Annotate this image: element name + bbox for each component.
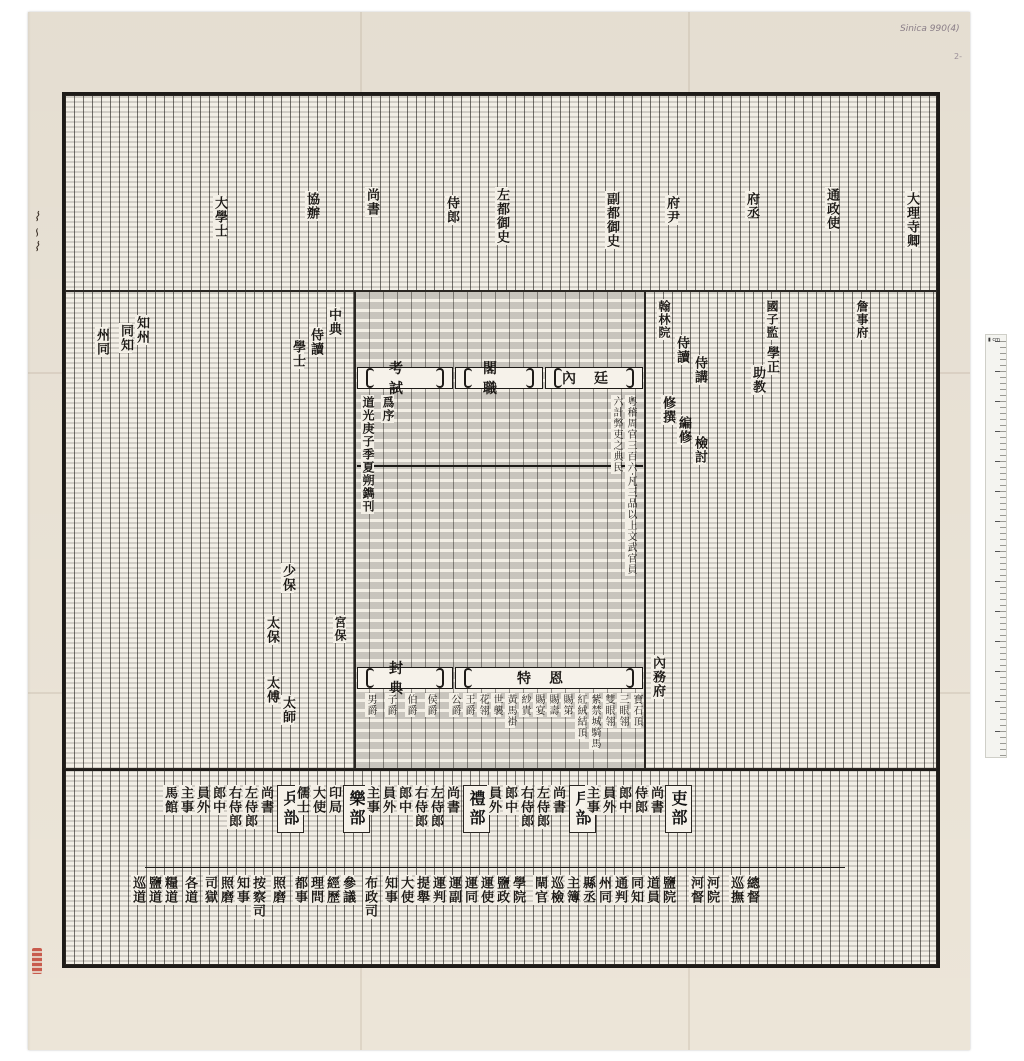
- provincial-post: 鹽政: [495, 875, 508, 905]
- honor-item: 紫禁城騎馬: [589, 693, 599, 750]
- heading: 內務府: [651, 655, 664, 699]
- heading: 大理寺卿: [905, 191, 918, 249]
- divider: [145, 867, 845, 868]
- heading: 州同: [95, 327, 108, 357]
- left-section: [65, 291, 355, 769]
- divider: [357, 465, 643, 467]
- honor-item: 紗貴: [519, 693, 529, 717]
- provincial-post: 主簿: [565, 875, 578, 905]
- provincial-post: 同知: [629, 875, 642, 905]
- provincial-post: 知事: [383, 875, 396, 905]
- honor-item: 花翎: [477, 693, 487, 717]
- heading: 國子監: [765, 299, 778, 340]
- scale-ruler: ▮ cm: [985, 334, 1007, 758]
- provincial-post: 州同: [597, 875, 610, 905]
- post: 左侍郎: [429, 785, 442, 829]
- post: 左侍郎: [243, 785, 256, 829]
- provincial-post: 照磨: [219, 875, 232, 905]
- post: 郎中: [503, 785, 516, 815]
- post: 尚書: [551, 785, 564, 815]
- provincial-post: 各道: [183, 875, 196, 905]
- post: 主事: [179, 785, 192, 815]
- post: 尚書: [649, 785, 662, 815]
- heading: 左都御史: [495, 187, 508, 245]
- heading: 編修: [677, 415, 690, 445]
- heading: 太師: [281, 695, 294, 725]
- honor-item: 三眼翎: [617, 693, 627, 728]
- provincial-post: 巡道: [131, 875, 144, 905]
- banner-text: 閣職: [472, 358, 526, 398]
- heading: 同知: [119, 323, 132, 353]
- heading: 中典: [327, 307, 340, 337]
- heading: 侍講: [693, 355, 706, 385]
- post: 郎中: [211, 785, 224, 815]
- honor-item: 雙眼翎: [603, 693, 613, 728]
- body-line: 凡三品以上文武官員: [625, 475, 635, 576]
- center-banner-exam: 考試: [357, 367, 453, 389]
- provincial-post: 總督: [745, 875, 758, 905]
- heading: 侍讀: [675, 335, 688, 365]
- provincial-post: 通判: [613, 875, 626, 905]
- honor-item: 王爵: [463, 693, 473, 717]
- heading: 知州: [135, 315, 148, 345]
- honor-item: 伯爵: [405, 693, 415, 717]
- provincial-post: 運判: [431, 875, 444, 905]
- post: 右侍郎: [519, 785, 532, 829]
- heading: 助教: [751, 365, 764, 395]
- red-seal-icon: [32, 948, 42, 974]
- post: 主事: [585, 785, 598, 815]
- post: 員外: [487, 785, 500, 815]
- post: 右侍郎: [227, 785, 240, 829]
- honor-item: 世襲: [491, 693, 501, 717]
- post: 郎中: [397, 785, 410, 815]
- heading: 太傅: [265, 675, 278, 705]
- heading: 大學士: [213, 195, 226, 239]
- heading: 學正: [765, 345, 778, 375]
- banner-text: 封典: [374, 658, 436, 698]
- heading: 侍郎: [445, 195, 458, 225]
- post: 尚書: [445, 785, 458, 815]
- post: 員外: [381, 785, 394, 815]
- provincial-post: 巡撫: [729, 875, 742, 905]
- honor-item: 紅絨結頂: [575, 693, 585, 739]
- center-banner-cabinet: 閣職: [455, 367, 543, 389]
- honor-item: 子爵: [385, 693, 395, 717]
- heading: 副都御史: [605, 191, 618, 249]
- honor-item: 男爵: [365, 693, 375, 717]
- heading: 修撰: [661, 395, 674, 425]
- heading: 府丞: [745, 191, 758, 221]
- banner-text: 內廷: [562, 368, 626, 388]
- preface-signature: 道光庚子季夏朔鐫刊: [361, 395, 374, 514]
- post: 儒士: [295, 785, 308, 815]
- heading: 太保: [265, 615, 278, 645]
- provincial-post: 運副: [447, 875, 460, 905]
- provincial-post: 大使: [399, 875, 412, 905]
- provincial-post: 提舉: [415, 875, 428, 905]
- provincial-post: 知事: [235, 875, 248, 905]
- honor-item: 黃馬褂: [505, 693, 515, 728]
- provincial-post: 巡檢: [549, 875, 562, 905]
- center-banner-special-grace: 特恩: [455, 667, 643, 689]
- heading: 通政使: [825, 187, 838, 231]
- post: 侍郎: [633, 785, 646, 815]
- honor-item: 賜宴: [533, 693, 543, 717]
- heading: 協辦: [305, 191, 318, 221]
- post: 馬館: [163, 785, 176, 815]
- printed-frame: 大學士 協辦 尚書 侍郎 左都御史 副都御史 府尹 府丞 通政使 大理寺卿 中典…: [62, 92, 940, 968]
- preface-line: 六計弊吏之典民: [611, 395, 621, 474]
- heading: 檢討: [693, 435, 706, 465]
- page-mark: 2-: [954, 52, 962, 61]
- heading: 詹事府: [855, 299, 868, 340]
- center-banner-inner-court: 內廷: [545, 367, 643, 389]
- honor-item: 寶石頂: [631, 693, 641, 728]
- center-banner-enfeoffment: 封典: [357, 667, 453, 689]
- post: 印局: [327, 785, 340, 815]
- honor-item: 侯爵: [425, 693, 435, 717]
- post: 左侍郎: [535, 785, 548, 829]
- provincial-post: 糧道: [163, 875, 176, 905]
- provincial-post: 河院: [705, 875, 718, 905]
- post: 大使: [311, 785, 324, 815]
- ruler-label: ▮ cm: [988, 337, 1000, 343]
- heading: 尚書: [365, 187, 378, 217]
- banner-text: 特恩: [472, 668, 626, 688]
- heading: 侍讀: [309, 327, 322, 357]
- heading: 少保: [281, 563, 294, 593]
- post: 尚書: [259, 785, 272, 815]
- section-label: 宮保: [333, 615, 346, 643]
- provincial-post: 理問: [309, 875, 322, 905]
- honor-item: 公爵: [449, 693, 459, 717]
- provincial-post: 運使: [479, 875, 492, 905]
- post: 右侍郎: [413, 785, 426, 829]
- preface-title: 爲序: [381, 395, 394, 423]
- post: 主事: [365, 785, 378, 815]
- provincial-post: 鹽道: [147, 875, 160, 905]
- honor-item: 賜壽: [547, 693, 557, 717]
- provincial-post: 鹽院: [661, 875, 674, 905]
- heading: 翰林院: [657, 299, 670, 340]
- provincial-post: 閘官: [533, 875, 546, 905]
- shelfmark: Sinica 990(4): [900, 24, 960, 34]
- provincial-post: 經歷: [325, 875, 338, 905]
- provincial-post: 道員: [645, 875, 658, 905]
- handwritten-annotation: ⌇∽⌇: [30, 210, 44, 257]
- ministry-personnel: 吏部: [665, 785, 692, 833]
- provincial-post: 學院: [511, 875, 524, 905]
- honor-item: 賜第: [561, 693, 571, 717]
- provincial-post: 照磨: [271, 875, 284, 905]
- provincial-post: 布政司: [363, 875, 376, 919]
- post: 員外: [195, 785, 208, 815]
- provincial-post: 運同: [463, 875, 476, 905]
- provincial-post: 縣丞: [581, 875, 594, 905]
- provincial-post: 河督: [689, 875, 702, 905]
- provincial-post: 都事: [293, 875, 306, 905]
- heading: 學士: [291, 339, 304, 369]
- post: 員外: [601, 785, 614, 815]
- provincial-post: 按察司: [251, 875, 264, 919]
- provincial-post: 參議: [341, 875, 354, 905]
- divider: [65, 769, 937, 771]
- heading: 府尹: [665, 195, 678, 225]
- provincial-post: 司獄: [203, 875, 216, 905]
- banner-text: 考試: [374, 358, 436, 398]
- post: 郎中: [617, 785, 630, 815]
